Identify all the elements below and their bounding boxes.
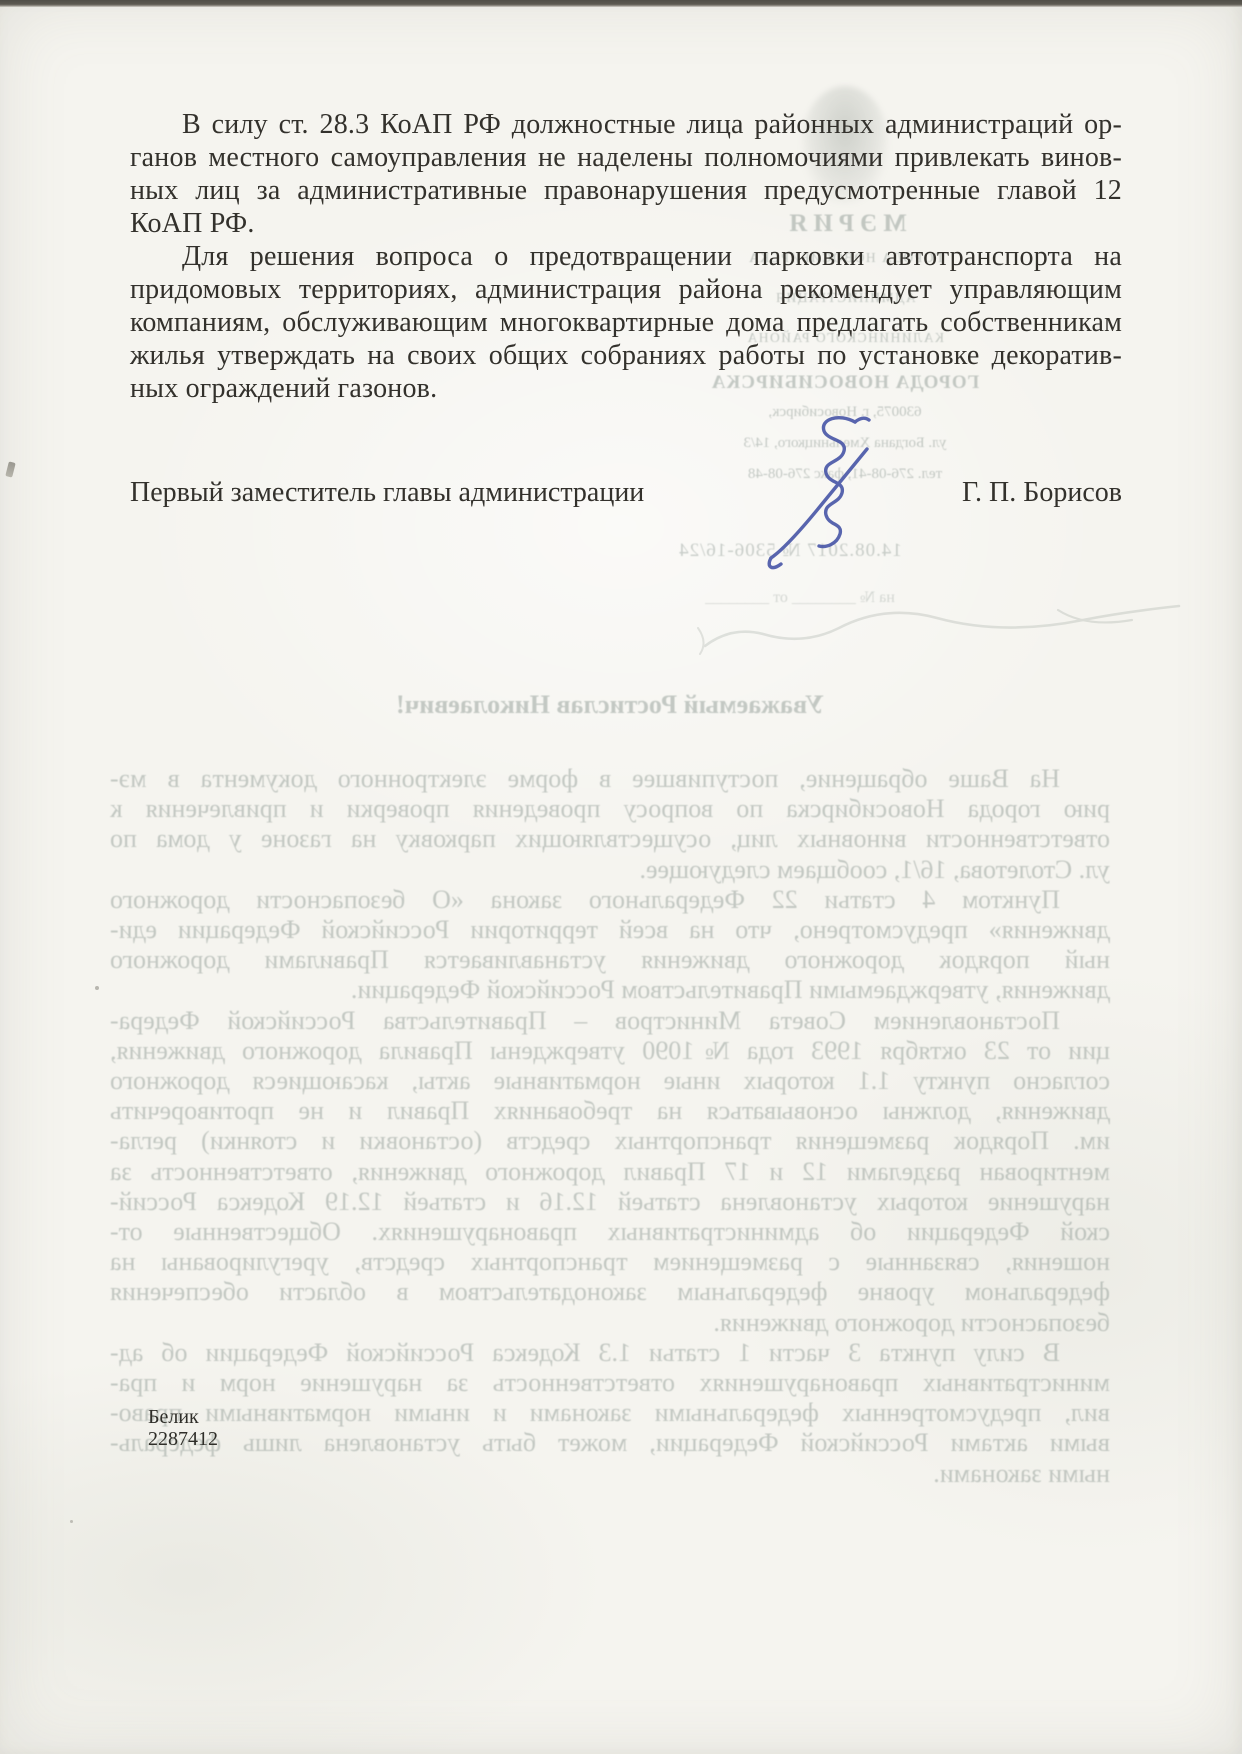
body-paragraph: В силу ст. 28.3 КоАП РФ должностные лица… [130,108,1122,240]
executor-name: Белик [148,1406,218,1428]
pencil-squiggle-icon [650,588,1190,678]
bleed-paragraph: Постановлением Совета Министров – Правит… [110,1006,1110,1338]
bleed-text-line: ментирован разделами 12 и 17 Правил доро… [110,1157,1110,1187]
bleed-text-line: согласно пункту 1.1 которых иные нормати… [110,1066,1110,1096]
bleed-paragraph: В силу пункта 3 части 1 статьи 1.3 Кодек… [110,1338,1110,1489]
paper-sheet: МЭРИЯ ГОРОДА НОВОСИБИРСКААДМИНИСТРАЦИЯКА… [0,0,1242,1754]
bleed-text-line: ными законами. [110,1459,1110,1489]
bleed-text-line: им. Порядок размещения транспортных сред… [110,1126,1110,1156]
letter-body: В силу ст. 28.3 КоАП РФ должностные лица… [130,108,1122,405]
bleed-text-line: ношения, связанные с размещением транспо… [110,1247,1110,1277]
body-text-line: придомовых территориях, администрация ра… [130,273,1122,306]
body-text-line: ных ограждений газонов. [130,372,1122,405]
bleed-text-line: выми актами Российской Федерации, может … [110,1428,1110,1458]
body-text-line: ганов местного самоуправления не наделен… [130,141,1122,174]
scanned-letter-page: { "colors": { "paper": "#f5f4ef", "scan_… [0,0,1242,1754]
bleed-paragraph: Пунктом 4 статьи 22 Федерального закона … [110,885,1110,1006]
bleed-text-line: нарушение которых установлена статьей 12… [110,1187,1110,1217]
bleed-text-line: Постановлением Совета Министров – Правит… [110,1006,1110,1036]
signature-row: Первый заместитель главы администрации Г… [130,477,1122,509]
bleed-salutation: Уважаемый Ростислав Николаевич! [110,690,1110,720]
bleed-text-line: движения» предусмотрено, что на всей тер… [110,915,1110,945]
bleed-paragraph: На Ваше обращение, поступившее в форме э… [110,764,1110,885]
body-text-line: компаниям, обслуживающим многоквартирные… [130,306,1122,339]
bleed-text-line: В силу пункта 3 части 1 статьи 1.3 Кодек… [110,1338,1110,1368]
scan-speck-icon [5,461,15,477]
signature-title: Первый заместитель главы администрации [130,477,644,509]
bleed-text-line: Пунктом 4 статьи 22 Федерального закона … [110,885,1110,915]
body-paragraph: Для решения вопроса о предотвращении пар… [130,240,1122,405]
bleed-text-line: безопасности дорожного движения. [110,1308,1110,1338]
body-text-line: В силу ст. 28.3 КоАП РФ должностные лица… [130,108,1122,141]
bleed-text-line: На Ваше обращение, поступившее в форме э… [110,764,1110,794]
scan-speck-icon [70,1520,73,1523]
bleed-text-line: ции от 23 октября 1993 года №1090 утверж… [110,1036,1110,1066]
bleed-text-line: федеральном уровне федеральным законодат… [110,1277,1110,1307]
bleed-body-text: На Ваше обращение, поступившее в форме э… [110,764,1110,1489]
body-text-line: КоАП РФ. [130,207,1122,240]
bleed-text-line: рию города Новосибирска по вопросу прове… [110,794,1110,824]
scanner-edge-band-icon [0,0,1242,7]
executor-phone: 2287412 [148,1428,218,1450]
bleed-text-line: ный порядок дорожного движения устанавли… [110,945,1110,975]
body-text-line: ных лиц за административные правонарушен… [130,174,1122,207]
bleed-text-line: вил, предусмотренных федеральными закона… [110,1398,1110,1428]
signature-name: Г. П. Борисов [962,477,1122,509]
body-text-line: Для решения вопроса о предотвращении пар… [130,240,1122,273]
bleed-text-line: ответственности виновных лиц, осуществля… [110,824,1110,854]
scan-speck-icon [95,986,99,990]
bleed-text-line: ской Федерации об административных право… [110,1217,1110,1247]
body-text-line: жилья утверждать на своих общих собрания… [130,339,1122,372]
handwritten-signature-icon [735,398,895,578]
bleed-text-line: министративных правонарушениях ответстве… [110,1368,1110,1398]
bleed-text-line: ул. Столетова, 16/1, сообщаем следующее. [110,855,1110,885]
executor-block: Белик 2287412 [148,1406,218,1450]
bleed-text-line: движения, должны основываться на требова… [110,1096,1110,1126]
bleed-text-line: движения, утверждаемыми Правительством Р… [110,975,1110,1005]
